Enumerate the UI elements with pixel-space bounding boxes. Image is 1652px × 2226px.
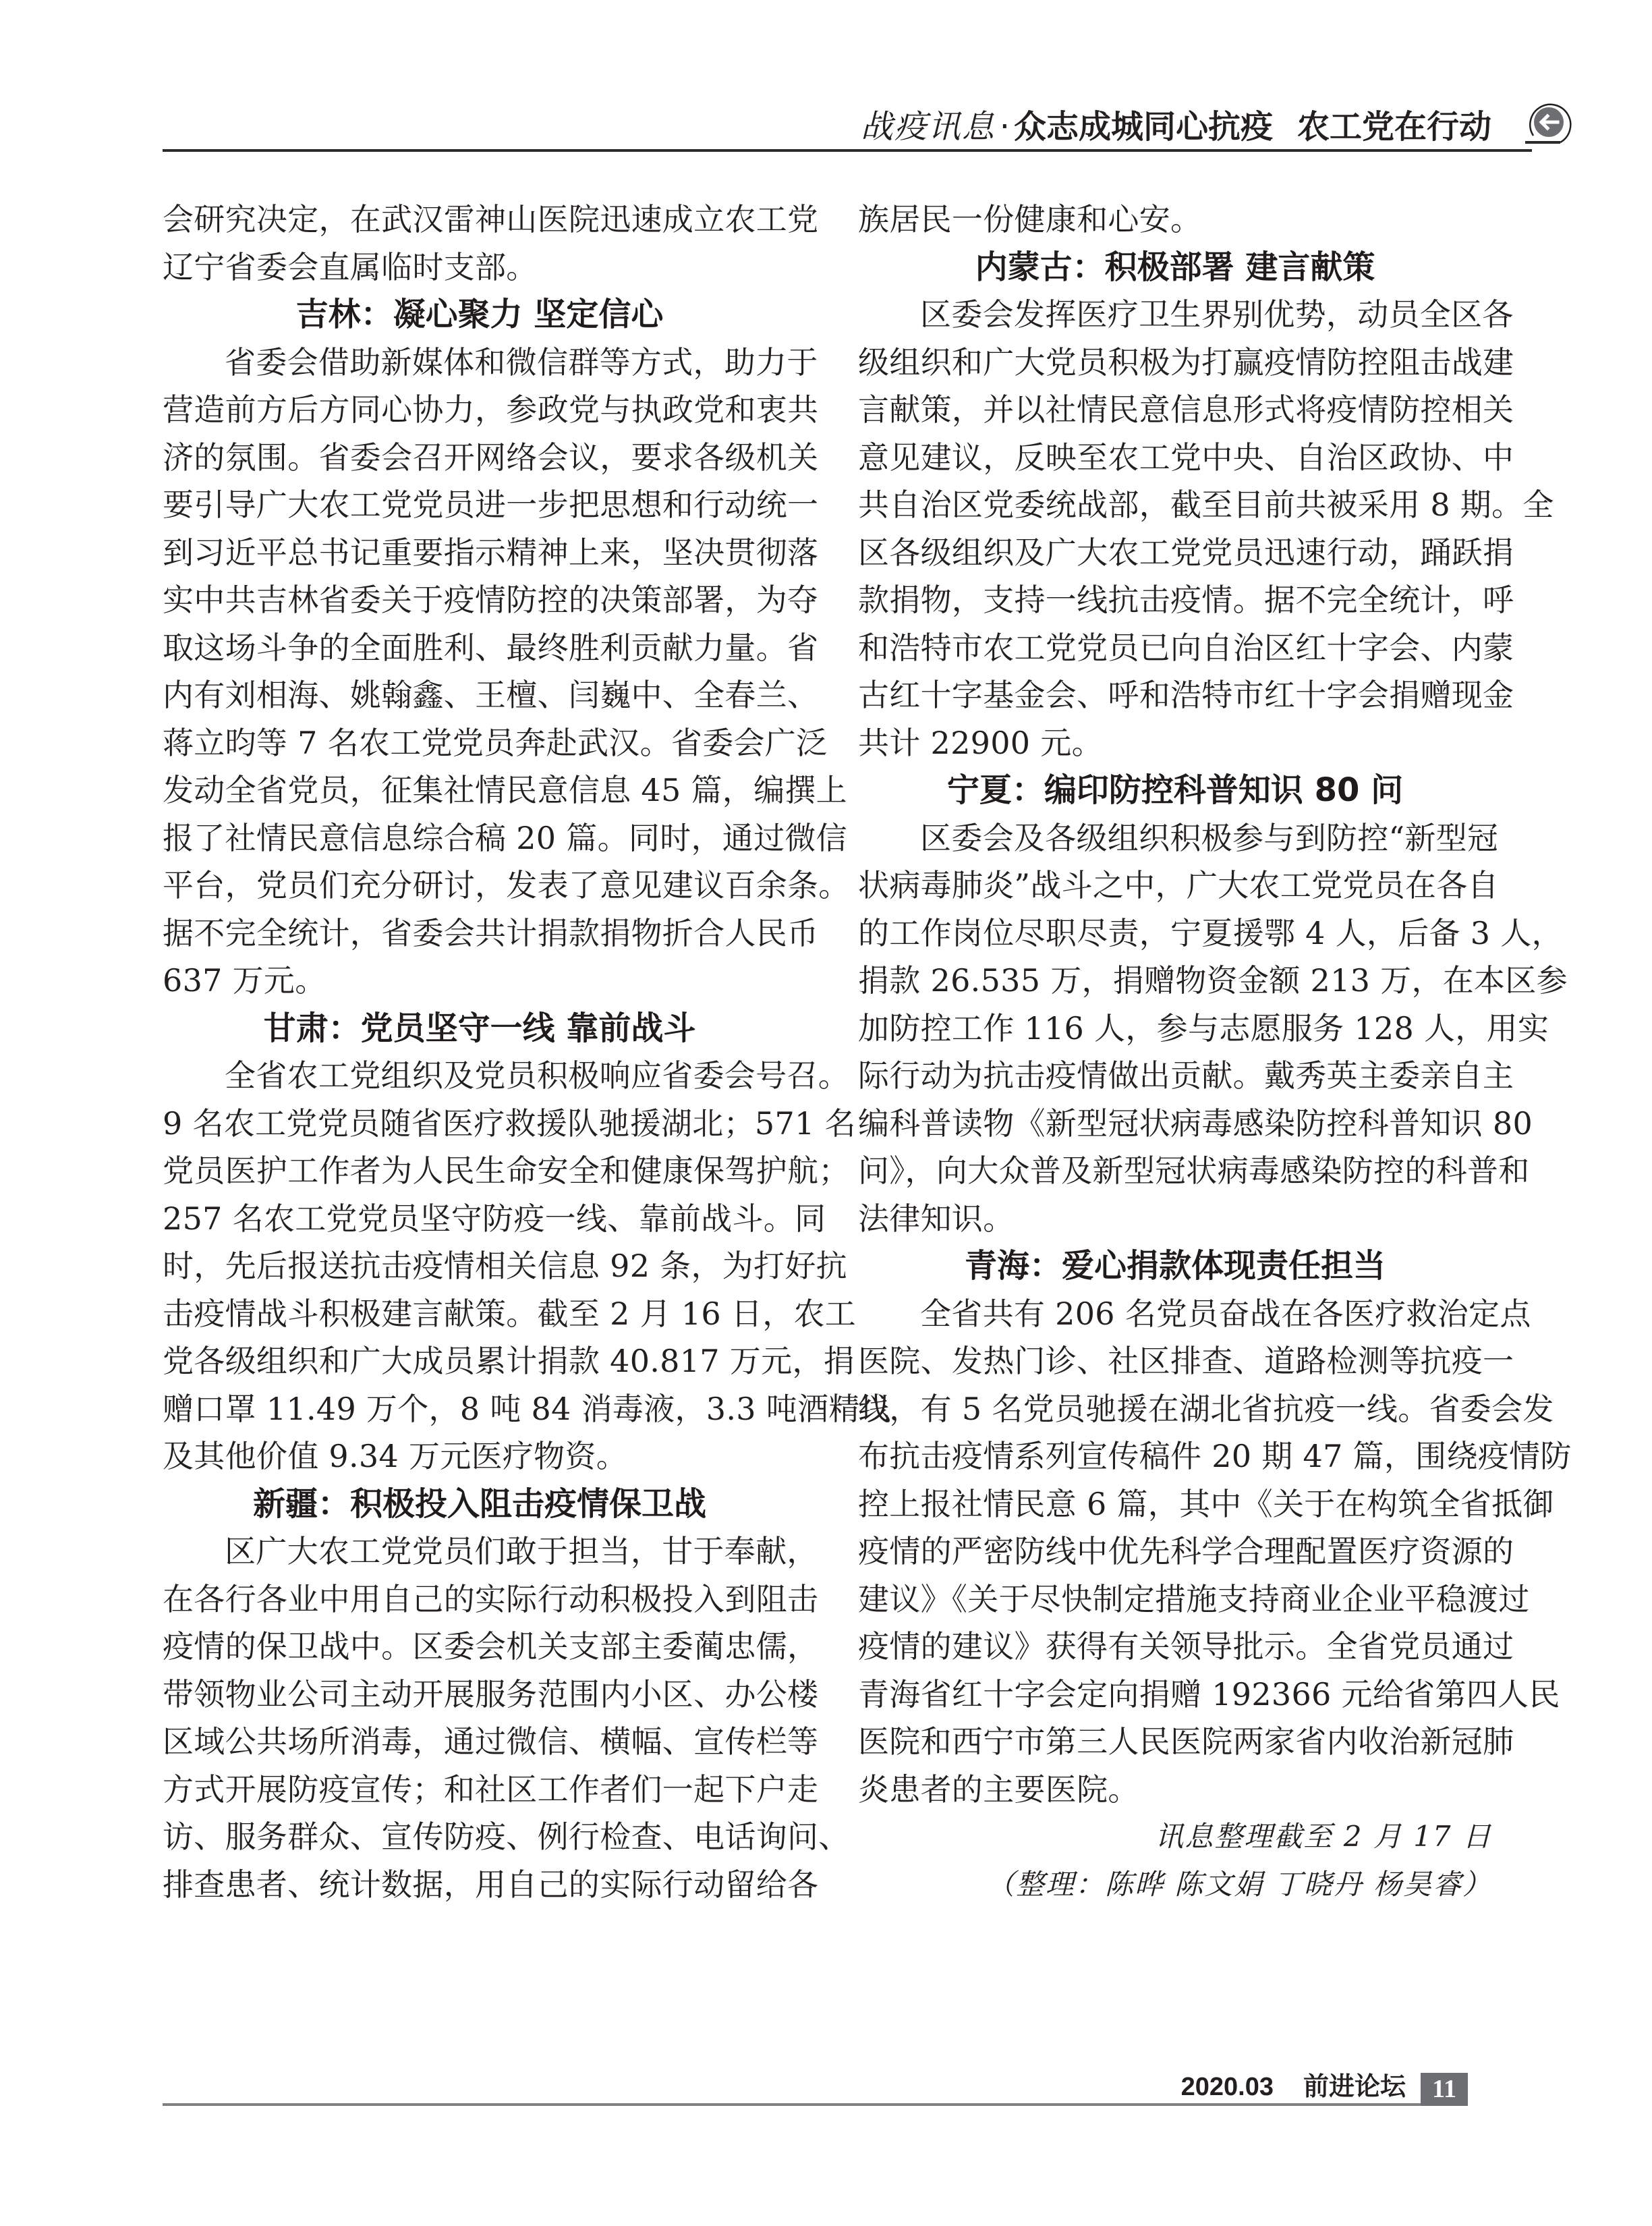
- body-text-line: 区广大农工党党员们敢于担当，甘于奉献，: [163, 1528, 797, 1576]
- body-text-line: 控上报社情民意 6 篇，其中《关于在构筑全省抵御: [858, 1480, 1492, 1528]
- body-text-line: 区域公共场所消毒，通过微信、横幅、宣传栏等: [163, 1718, 797, 1766]
- body-text-line: 的工作岗位尽职尽责，宁夏援鄂 4 人，后备 3 人，: [858, 910, 1492, 957]
- body-text-line: 带领物业公司主动开展服务范围内小区、办公楼: [163, 1671, 797, 1719]
- body-text-line: 赠口罩 11.49 万个，8 吨 84 消毒液，3.3 吨酒精以: [163, 1385, 797, 1433]
- signoff-line: 讯息整理截至 2 月 17 日: [858, 1813, 1492, 1861]
- section-heading: 青海：爱心捐款体现责任担当: [858, 1242, 1492, 1290]
- body-text-line: 区各级组织及广大农工党党员迅速行动，踊跃捐: [858, 529, 1492, 577]
- body-text-line: 加防控工作 116 人，参与志愿服务 128 人，用实: [858, 1005, 1492, 1053]
- section-heading: 内蒙古：积极部署 建言献策: [858, 244, 1492, 291]
- body-text-line: 款捐物，支持一线抗击疫情。据不完全统计，呼: [858, 576, 1492, 624]
- section-heading: 新疆：积极投入阻击疫情保卫战: [163, 1480, 797, 1528]
- body-text-line: 要引导广大农工党党员进一步把思想和行动统一: [163, 481, 797, 529]
- body-text-line: 问》，向大众普及新型冠状病毒感染防控的科普和: [858, 1147, 1492, 1195]
- body-text-line: 青海省红十字会定向捐赠 192366 元给省第四人民: [858, 1671, 1492, 1719]
- header-rule: [163, 149, 1532, 152]
- page-number: 11: [1421, 2073, 1468, 2106]
- running-header: 战疫讯息·众志成城同心抗疫农工党在行动: [163, 94, 1572, 155]
- body-text-line: 257 名农工党党员坚守防疫一线、靠前战斗。同: [163, 1195, 797, 1243]
- body-text-line: 捐款 26.535 万，捐赠物资金额 213 万，在本区参: [858, 957, 1492, 1005]
- body-text-line: 和浩特市农工党党员已向自治区红十字会、内蒙: [858, 624, 1492, 672]
- body-text-line: 古红十字基金会、呼和浩特市红十字会捐赠现金: [858, 671, 1492, 719]
- body-text-line: 发动全省党员，征集社情民意信息 45 篇，编撰上: [163, 767, 797, 814]
- body-text-line: 疫情的严密防线中优先科学合理配置医疗资源的: [858, 1528, 1492, 1576]
- body-text-line: 言献策，并以社情民意信息形式将疫情防控相关: [858, 386, 1492, 434]
- body-text-line: 时，先后报送抗击疫情相关信息 92 条，为打好抗: [163, 1242, 797, 1290]
- footer-rule: [163, 2103, 1421, 2106]
- header-text: 战疫讯息·众志成城同心抗疫农工党在行动: [861, 107, 1491, 147]
- body-text-line: 蒋立昀等 7 名农工党党员奔赴武汉。省委会广泛: [163, 719, 797, 767]
- page-footer: 2020.03前进论坛 11: [163, 2065, 1468, 2112]
- body-text-line: 状病毒肺炎”战斗之中，广大农工党党员在各自: [858, 862, 1492, 910]
- body-text-line: 9 名农工党党员随省医疗救援队驰援湖北；571 名: [163, 1100, 797, 1148]
- body-text-line: 辽宁省委会直属临时支部。: [163, 244, 797, 291]
- body-text-line: 全省共有 206 名党员奋战在各医疗救治定点: [858, 1290, 1492, 1338]
- body-text-line: 级组织和广大党员积极为打赢疫情防控阻击战建: [858, 339, 1492, 387]
- body-text-line: 族居民一份健康和心安。: [858, 196, 1492, 244]
- body-text-line: 疫情的保卫战中。区委会机关支部主委蔺忠儒，: [163, 1623, 797, 1671]
- body-text-line: 布抗击疫情系列宣传稿件 20 期 47 篇，围绕疫情防: [858, 1432, 1492, 1480]
- section-heading: 甘肃：党员坚守一线 靠前战斗: [163, 1005, 797, 1053]
- body-text-line: 共自治区党委统战部，截至目前共被采用 8 期。全: [858, 481, 1492, 529]
- right-column: 族居民一份健康和心安。内蒙古：积极部署 建言献策区委会发挥医疗卫生界别优势，动员…: [858, 196, 1492, 1908]
- header-section-label: 战疫讯息: [861, 108, 996, 146]
- body-text-line: 会研究决定，在武汉雷神山医院迅速成立农工党: [163, 196, 797, 244]
- body-text-line: 访、服务群众、宣传防疫、例行检查、电话询问、: [163, 1813, 797, 1861]
- section-heading: 宁夏：编印防控科普知识 80 问: [858, 767, 1492, 814]
- body-text-line: 济的氛围。省委会召开网络会议，要求各级机关: [163, 434, 797, 482]
- section-heading: 吉林：凝心聚力 坚定信心: [163, 291, 797, 339]
- footer-text: 2020.03前进论坛: [1181, 2070, 1406, 2104]
- body-text-line: 营造前方后方同心协力，参政党与执政党和衷共: [163, 386, 797, 434]
- publication-name: 前进论坛: [1303, 2073, 1406, 2101]
- body-text-line: 区委会发挥医疗卫生界别优势，动员全区各: [858, 291, 1492, 339]
- header-title-part2: 农工党在行动: [1297, 108, 1491, 146]
- body-text-line: 医院、发热门诊、社区排查、道路检测等抗疫一: [858, 1337, 1492, 1385]
- circle-arrow-left-icon: [1525, 98, 1572, 146]
- body-text-line: 据不完全统计，省委会共计捐款捐物折合人民币: [163, 910, 797, 957]
- body-text-line: 区委会及各级组织积极参与到防控“新型冠: [858, 814, 1492, 862]
- body-text-line: 建议》《关于尽快制定措施支持商业企业平稳渡过: [858, 1576, 1492, 1623]
- body-text-line: 内有刘相海、姚翰鑫、王檀、闫巍中、全春兰、: [163, 671, 797, 719]
- signoff-line: （整理：陈晔 陈文娟 丁晓丹 杨昊睿）: [858, 1861, 1492, 1909]
- body-text-line: 疫情的建议》获得有关领导批示。全省党员通过: [858, 1623, 1492, 1671]
- body-text-line: 编科普读物《新型冠状病毒感染防控科普知识 80: [858, 1100, 1492, 1148]
- body-text-line: 省委会借助新媒体和微信群等方式，助力于: [163, 339, 797, 387]
- header-title-part1: 众志成城同心抗疫: [1014, 108, 1273, 146]
- body-text-line: 全省农工党组织及党员积极响应省委会号召。: [163, 1052, 797, 1100]
- body-text-line: 医院和西宁市第三人民医院两家省内收治新冠肺: [858, 1718, 1492, 1766]
- body-text-line: 党员医护工作者为人民生命安全和健康保驾护航；: [163, 1147, 797, 1195]
- body-text-line: 637 万元。: [163, 957, 797, 1005]
- body-text-line: 党各级组织和广大成员累计捐款 40.817 万元，捐: [163, 1337, 797, 1385]
- left-column: 会研究决定，在武汉雷神山医院迅速成立农工党辽宁省委会直属临时支部。吉林：凝心聚力…: [163, 196, 797, 1908]
- body-text-line: 到习近平总书记重要指示精神上来，坚决贯彻落: [163, 529, 797, 577]
- body-text-line: 际行动为抗击疫情做出贡献。戴秀英主委亲自主: [858, 1052, 1492, 1100]
- body-text-line: 方式开展防疫宣传；和社区工作者们一起下户走: [163, 1766, 797, 1814]
- body-text-line: 实中共吉林省委关于疫情防控的决策部署，为夺: [163, 576, 797, 624]
- body-text-line: 炎患者的主要医院。: [858, 1766, 1492, 1814]
- back-button[interactable]: [1525, 98, 1572, 146]
- body-text-line: 取这场斗争的全面胜利、最终胜利贡献力量。省: [163, 624, 797, 672]
- body-text-line: 击疫情战斗积极建言献策。截至 2 月 16 日，农工: [163, 1290, 797, 1338]
- body-text-line: 及其他价值 9.34 万元医疗物资。: [163, 1432, 797, 1480]
- issue-date: 2020.03: [1181, 2073, 1274, 2101]
- body-text-line: 报了社情民意信息综合稿 20 篇。同时，通过微信: [163, 814, 797, 862]
- body-text-line: 意见建议，反映至农工党中央、自治区政协、中: [858, 434, 1492, 482]
- body-text-line: 线，有 5 名党员驰援在湖北省抗疫一线。省委会发: [858, 1385, 1492, 1433]
- body-text-line: 法律知识。: [858, 1195, 1492, 1243]
- body-text-line: 平台，党员们充分研讨，发表了意见建议百余条。: [163, 862, 797, 910]
- body-text-line: 在各行各业中用自己的实际行动积极投入到阻击: [163, 1576, 797, 1623]
- header-separator: ·: [1000, 108, 1010, 146]
- body-text-line: 共计 22900 元。: [858, 719, 1492, 767]
- body-text-line: 排查患者、统计数据，用自己的实际行动留给各: [163, 1861, 797, 1909]
